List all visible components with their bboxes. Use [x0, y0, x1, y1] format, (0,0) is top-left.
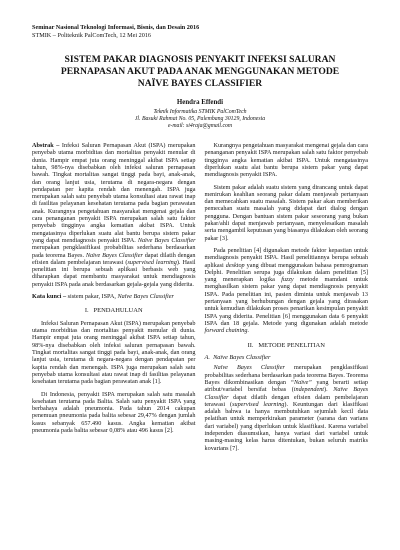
paragraph: Infeksi Saluran Pernapasan Akut (ISPA) m… [32, 320, 196, 386]
subsection-heading-naive-bayes: A. Naïve Bayes Classifier [205, 354, 369, 361]
paragraph: Di Indonesia, penyakit ISPA merupakan sa… [32, 391, 196, 435]
right-column: Kurangnya pengetahuan masyarakat mengena… [205, 142, 369, 457]
left-column: Abstrak – Infeksi Saluran Pernapasan Aku… [32, 142, 196, 457]
conference-name: Seminar Nasional Teknologi Informasi, Bi… [32, 24, 368, 31]
abstract-label: Abstrak [32, 142, 54, 149]
section-heading-metode-penelitian: II. METODE PENELITIAN [205, 342, 369, 350]
two-column-body: Abstrak – Infeksi Saluran Pernapasan Aku… [32, 142, 368, 457]
keywords-text: sistem pakar, ISPA, Naïve Bayes Classifi… [68, 293, 174, 300]
abstract-separator: – [56, 142, 59, 149]
paper-page: Seminar Nasional Teknologi Informasi, Bi… [0, 0, 400, 550]
keywords-separator: – [63, 293, 66, 300]
author-email: e-mail: si4raja@gmail.com [32, 123, 368, 130]
keywords-label: Kata kunci [32, 293, 61, 300]
conference-header: Seminar Nasional Teknologi Informasi, Bi… [32, 24, 368, 39]
keywords-paragraph: Kata kunci – sistem pakar, ISPA, Naïve B… [32, 293, 196, 300]
section-heading-pendahuluan: I. PENDAHULUAN [32, 307, 196, 315]
abstract-paragraph: Abstrak – Infeksi Saluran Pernapasan Aku… [32, 142, 196, 288]
conference-venue-date: STMIK – Politeknik PalComTech, 12 Mei 20… [32, 32, 368, 39]
paragraph: Kurangnya pengetahuan masyarakat mengena… [205, 142, 369, 178]
author-block: Hendra Effendi Teknik Informatika STMIK … [32, 99, 368, 130]
abstract-text: Infeksi Saluran Pernapasan Akut (ISPA) m… [32, 142, 196, 288]
paragraph: Pada penelitian [4] digunakan metode fak… [205, 247, 369, 335]
author-affiliation: Teknik Informatika STMIK PalComTech [32, 109, 368, 116]
author-name: Hendra Effendi [32, 99, 368, 107]
paper-title: SISTEM PAKAR DIAGNOSIS PENYAKIT INFEKSI … [49, 54, 351, 89]
paragraph: Sistem pakar adalah suatu sistem yang di… [205, 184, 369, 242]
paragraph: Naïve Bayes Classifier merupakan pengkla… [205, 364, 369, 452]
